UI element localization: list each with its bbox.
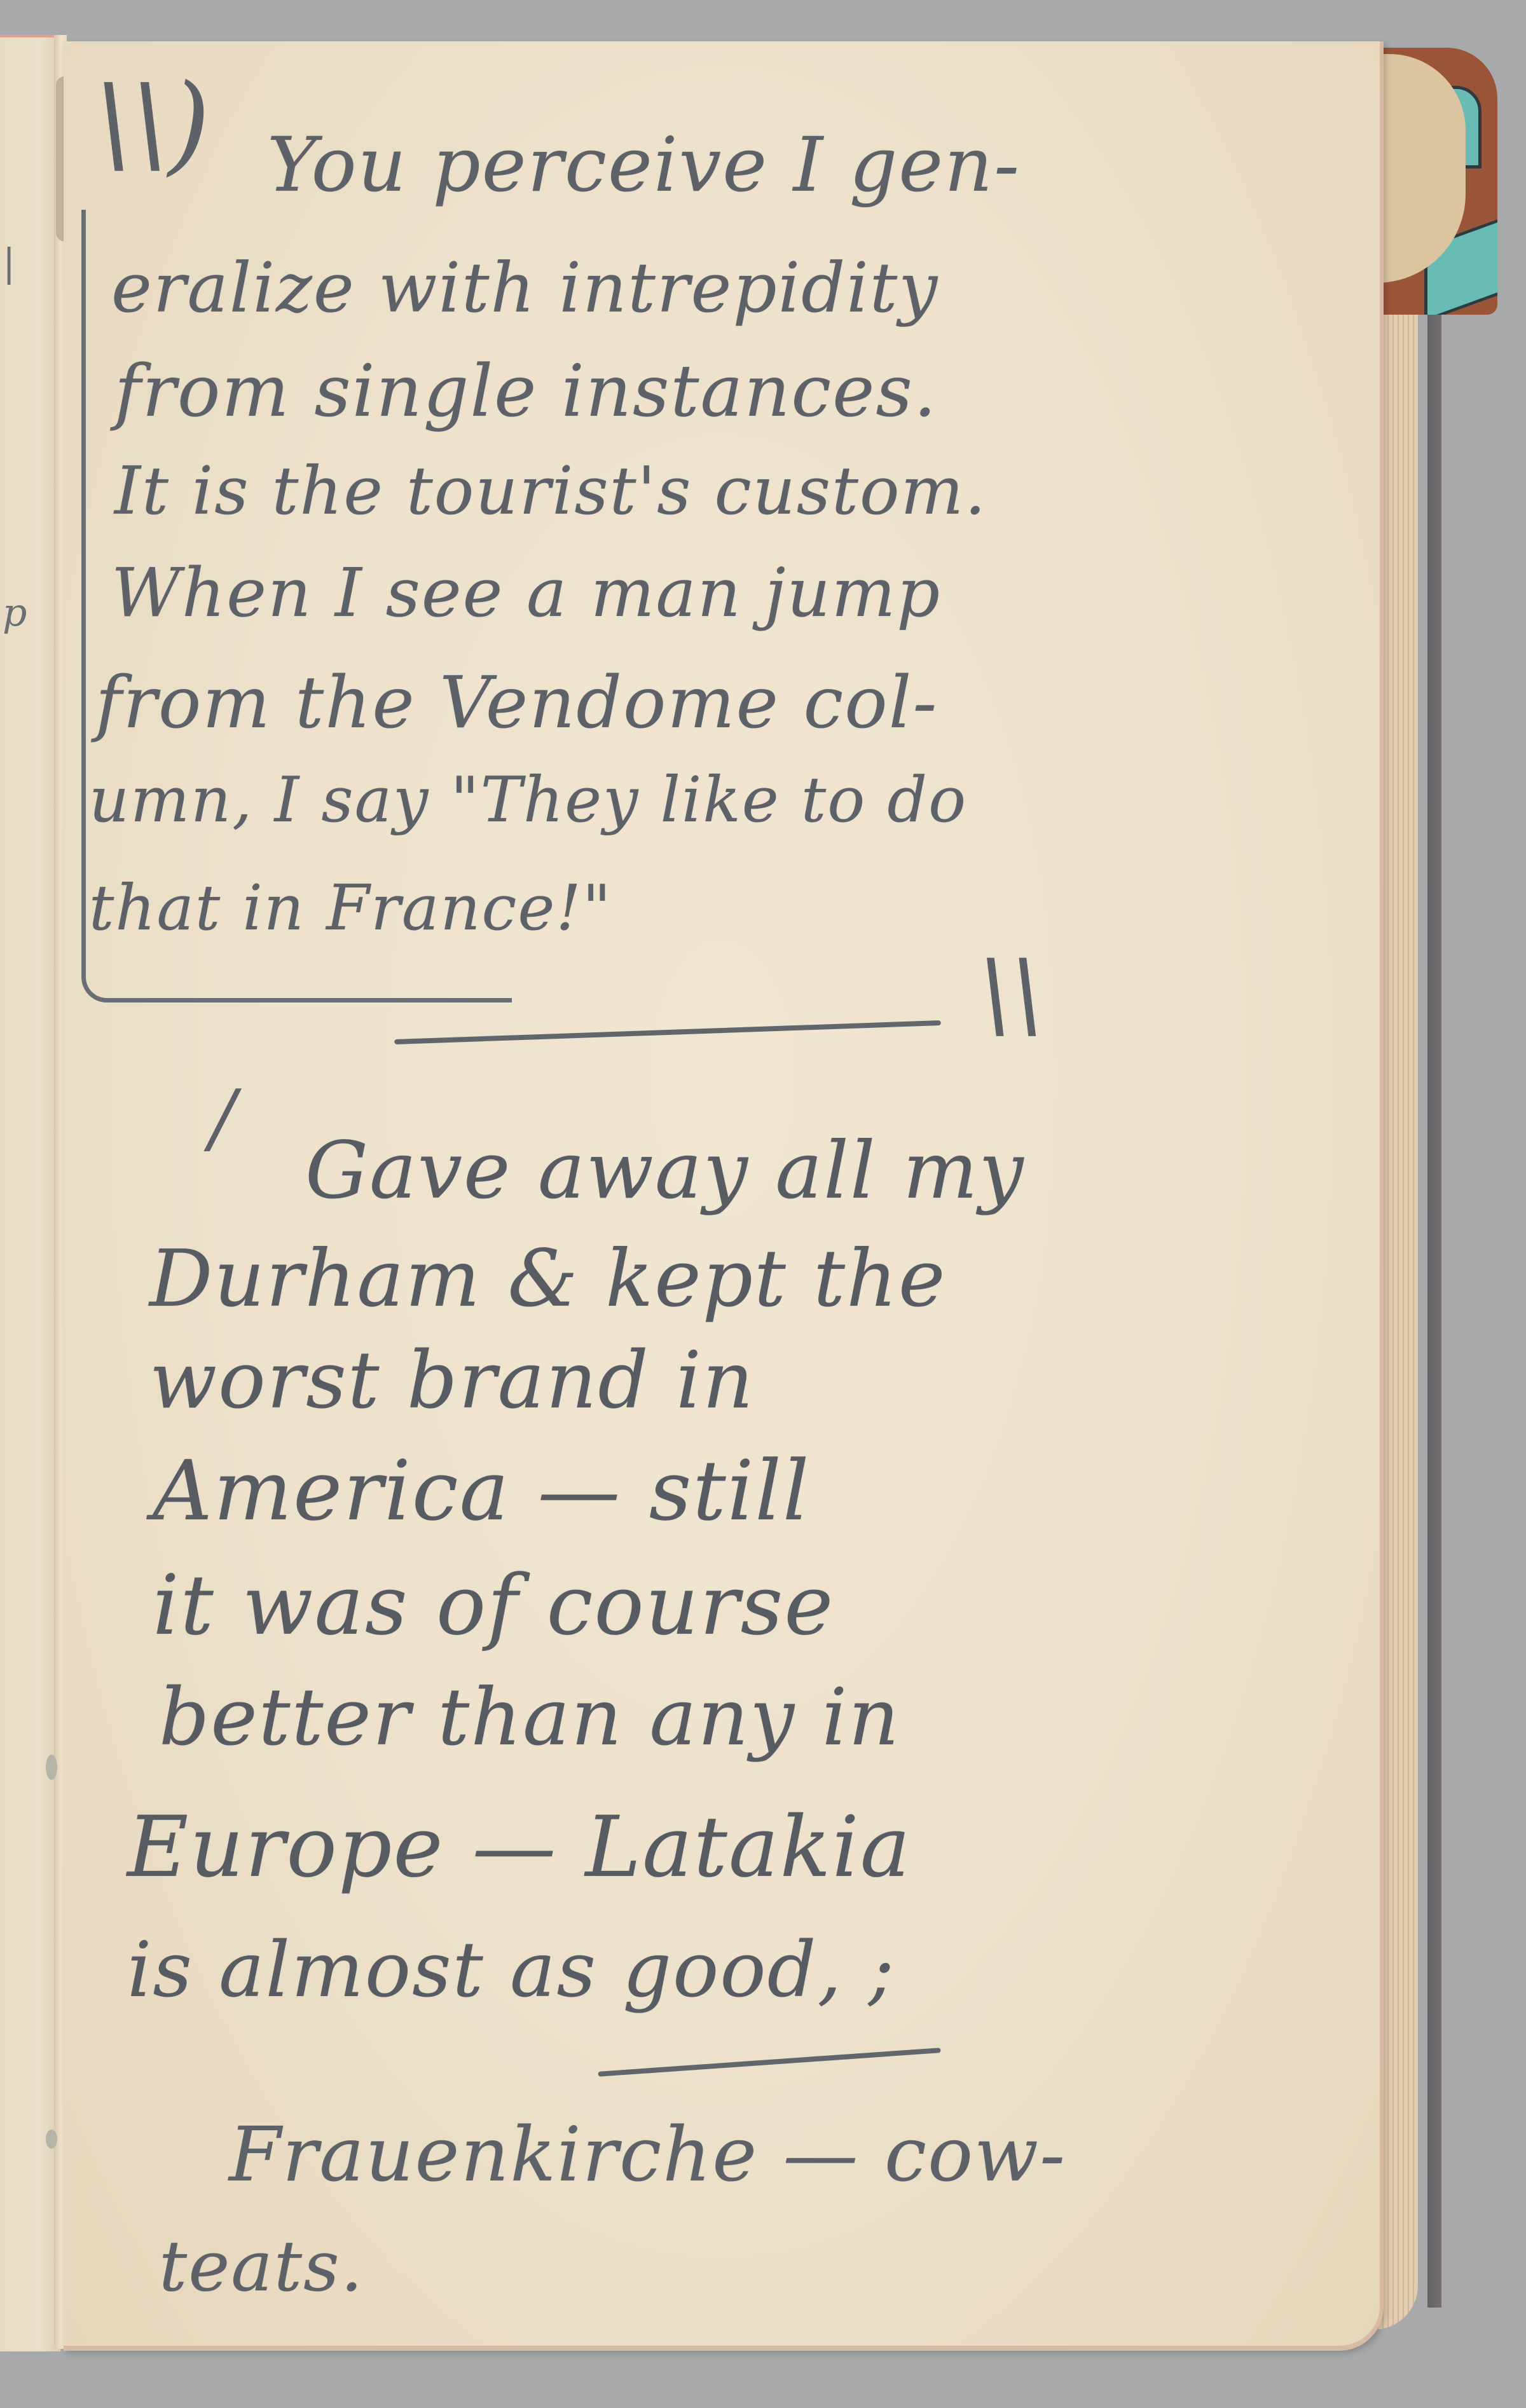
insertion-mark-close: \\ [979, 947, 1043, 1043]
text-line: Europe — Latakia [127, 1805, 911, 1889]
text-line: Gave away all my [305, 1132, 1025, 1210]
text-line: umn, I say "They like to do [89, 769, 967, 831]
text-line: is almost as good, ; [127, 1933, 895, 2009]
text-line: from the Vendome col- [95, 667, 938, 739]
text-line: teats. [159, 2231, 364, 2301]
text-line: Frauenkirche — cow- [229, 2117, 1066, 2192]
left-page-fragment: p [3, 591, 27, 635]
text-line: that in France!" [89, 877, 612, 940]
text-line: You perceive I gen- [267, 127, 1021, 202]
stitch-hole [46, 2130, 57, 2149]
text-line: It is the tourist's custom. [114, 458, 987, 524]
stitch-hole [46, 1755, 57, 1780]
text-line: worst brand in [149, 1341, 755, 1420]
text-line: it was of course [153, 1564, 834, 1646]
cover-edge [1427, 305, 1441, 2308]
previous-page-edge: | p [0, 35, 60, 2351]
text-line: America — still [153, 1449, 810, 1532]
text-line: eralize with intrepidity [111, 254, 938, 323]
paragraph-mark: / [210, 1081, 235, 1157]
left-page-fragment: | [3, 241, 15, 285]
text-line: from single instances. [114, 356, 937, 427]
text-line: When I see a man jump [111, 559, 941, 627]
insertion-mark-open: \\) [95, 70, 210, 178]
text-line: Durham & kept the [149, 1240, 946, 1318]
text-line: better than any in [159, 1678, 900, 1757]
